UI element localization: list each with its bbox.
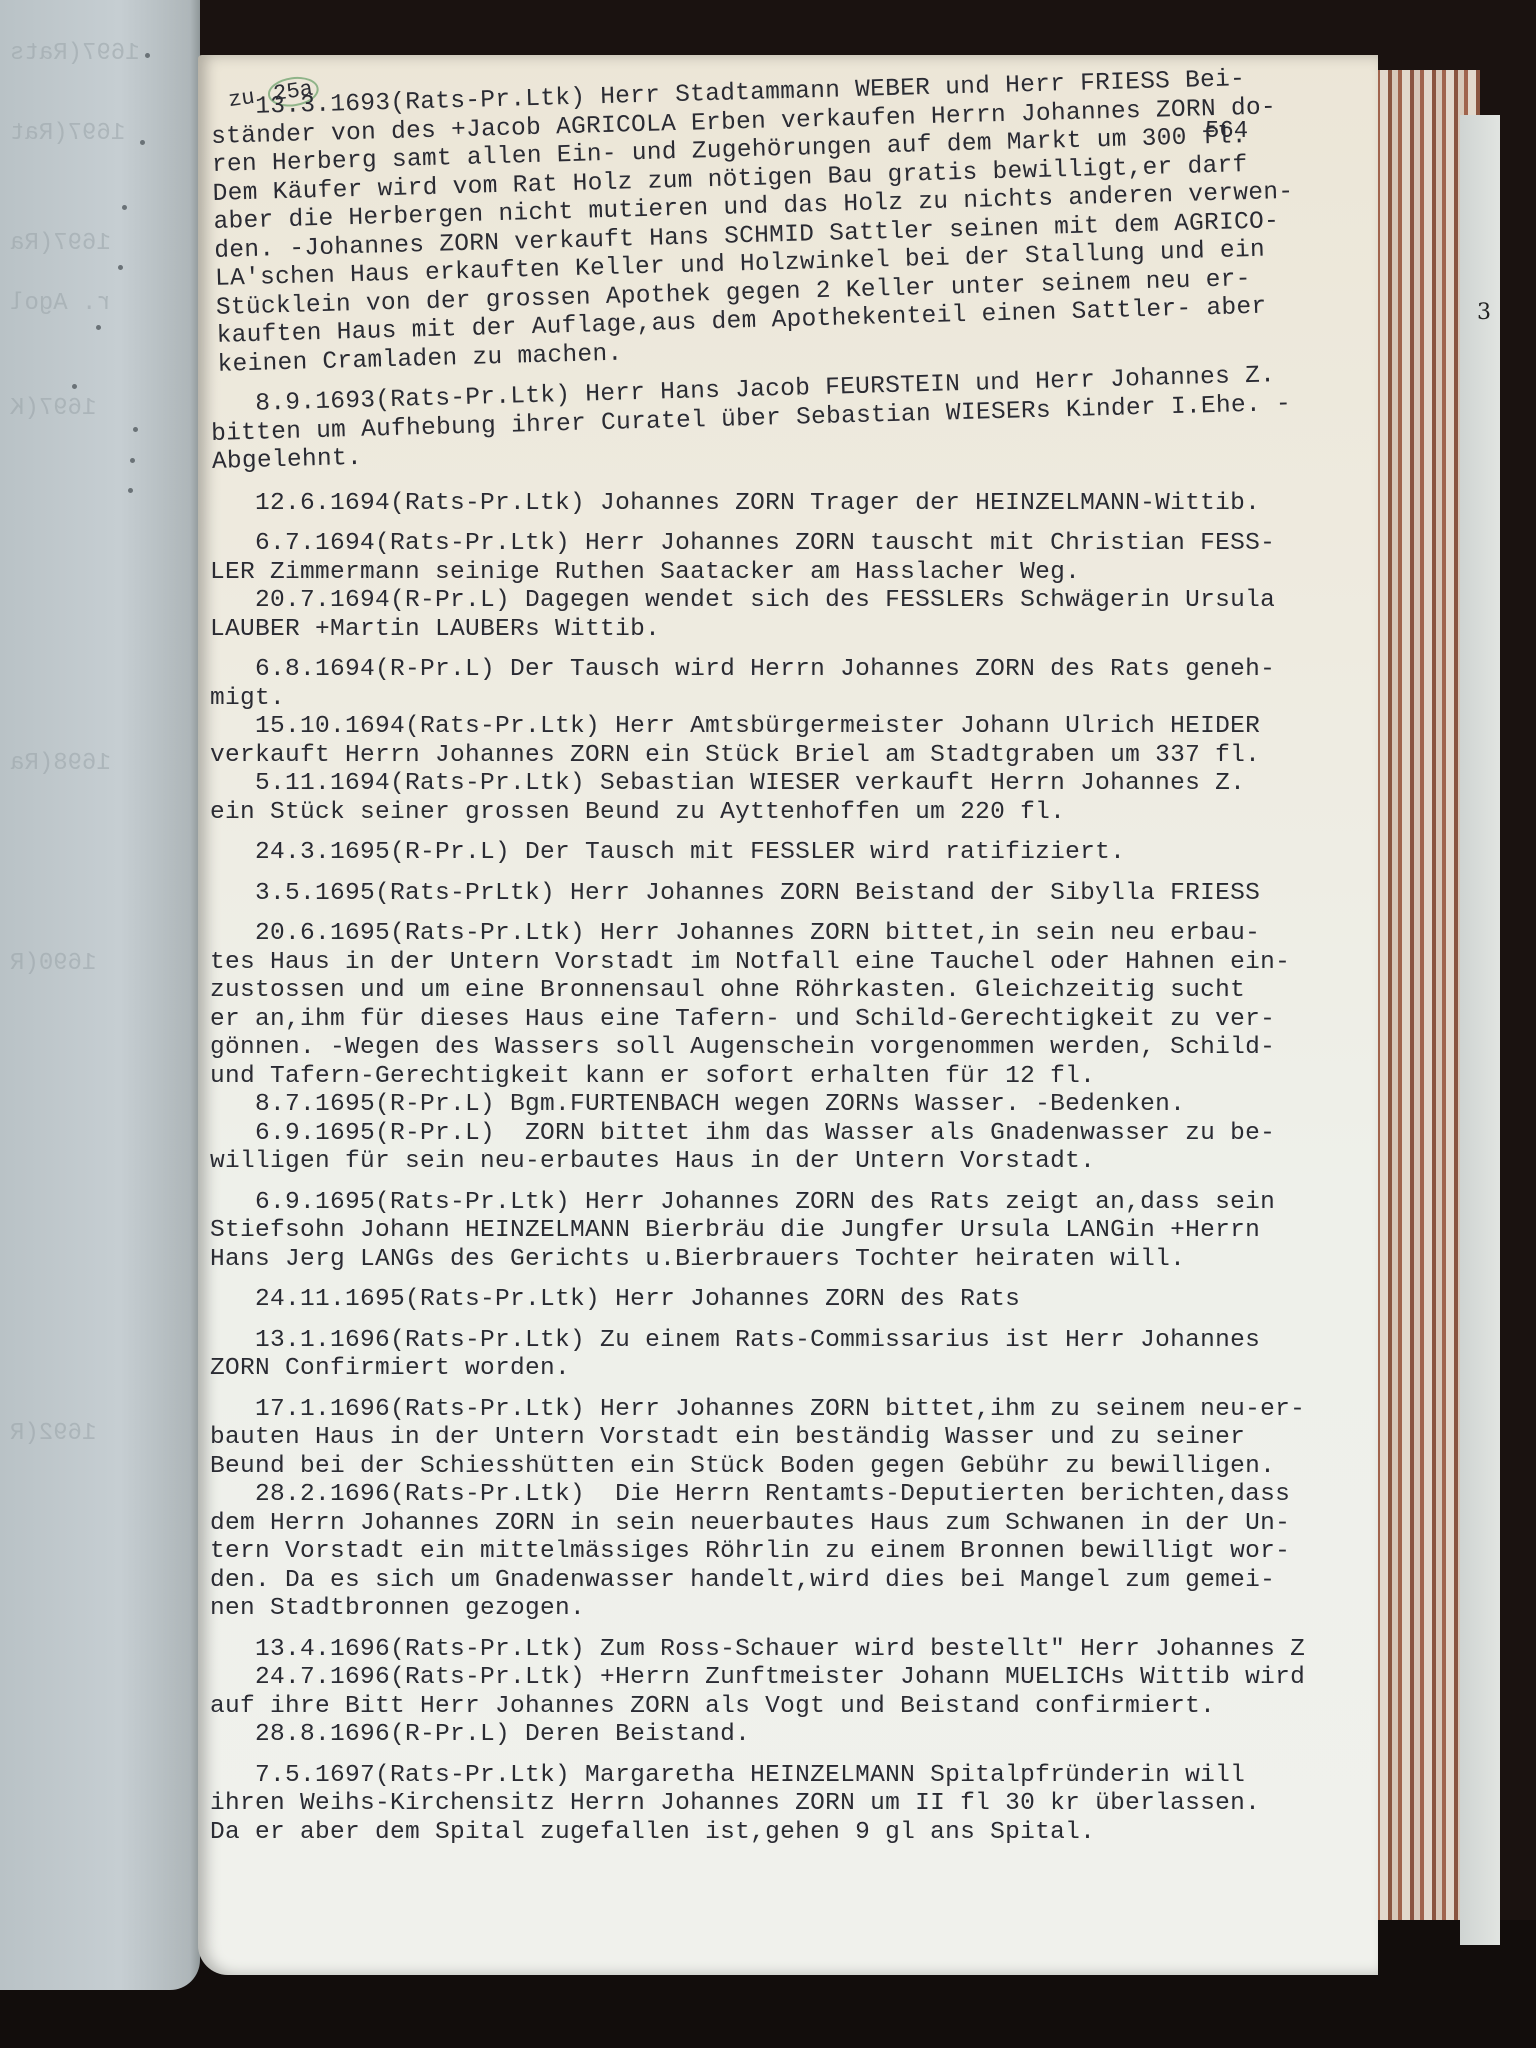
entry-line: migt. bbox=[210, 685, 1410, 714]
entry: 6.7.1694(Rats-Pr.Ltk) Herr Johannes ZORN… bbox=[210, 530, 1410, 644]
entry-line: verkauft Herrn Johannes ZORN ein Stück B… bbox=[210, 742, 1410, 771]
entry-line: er an,ihm für dieses Haus eine Tafern- u… bbox=[210, 1006, 1410, 1035]
bleed-through-text: 1690(R bbox=[10, 950, 96, 977]
entry-first-line: 6.8.1694(R-Pr.L) Der Tausch wird Herrn J… bbox=[210, 656, 1410, 685]
entry-line: ihren Weihs-Kirchensitz Herrn Johannes Z… bbox=[210, 1790, 1410, 1819]
entry-first-line: 13.4.1696(Rats-Pr.Ltk) Zum Ross-Schauer … bbox=[210, 1636, 1410, 1665]
bleed-through-text: 1698(Ra bbox=[10, 750, 111, 777]
entry-line: Beund bei der Schiesshütten ein Stück Bo… bbox=[210, 1453, 1410, 1482]
entry-line: den. Da es sich um Gnadenwasser handelt,… bbox=[210, 1567, 1410, 1596]
entry-line: ZORN Confirmiert worden. bbox=[210, 1355, 1410, 1384]
entry-line: Da er aber dem Spital zugefallen ist,geh… bbox=[210, 1819, 1410, 1848]
entry: 13.1.1696(Rats-Pr.Ltk) Zu einem Rats-Com… bbox=[210, 1327, 1410, 1384]
left-facing-page: 1697(Rats 1697(Rat 1697(Ra r. Agol 1697(… bbox=[0, 0, 200, 1990]
entry-line: 24.7.1696(Rats-Pr.Ltk) +Herrn Zunftmeist… bbox=[210, 1664, 1410, 1693]
entry: 12.6.1694(Rats-Pr.Ltk) Johannes ZORN Tra… bbox=[210, 490, 1410, 519]
bleed-through-text: 1697(Rat bbox=[10, 120, 125, 147]
entry-line: LAUBER +Martin LAUBERs Wittib. bbox=[210, 616, 1410, 645]
entry-line: bauten Haus in der Untern Vorstadt ein b… bbox=[210, 1424, 1410, 1453]
entry-line: 28.2.1696(Rats-Pr.Ltk) Die Herrn Rentamt… bbox=[210, 1481, 1410, 1510]
entry-line: und Tafern-Gerechtigkeit kann er sofort … bbox=[210, 1063, 1410, 1092]
entry-line: ein Stück seiner grossen Beund zu Aytten… bbox=[210, 799, 1410, 828]
bleed-through-text: 1697(Ra bbox=[10, 230, 111, 257]
entry-line: tern Vorstadt ein mittelmässiges Röhrlin… bbox=[210, 1538, 1410, 1567]
entry: 13.3.1693(Rats-Pr.Ltk) Herr Stadtammann … bbox=[210, 61, 1417, 379]
entry-line: 8.7.1695(R-Pr.L) Bgm.FURTENBACH wegen ZO… bbox=[210, 1091, 1410, 1120]
entry-first-line: 12.6.1694(Rats-Pr.Ltk) Johannes ZORN Tra… bbox=[210, 490, 1410, 519]
entry: 13.4.1696(Rats-Pr.Ltk) Zum Ross-Schauer … bbox=[210, 1636, 1410, 1750]
entry-line: tes Haus in der Untern Vorstadt im Notfa… bbox=[210, 949, 1410, 978]
entry: 7.5.1697(Rats-Pr.Ltk) Margaretha HEINZEL… bbox=[210, 1762, 1410, 1848]
entry-line: willigen für sein neu-erbautes Haus in d… bbox=[210, 1148, 1410, 1177]
entry-line: 6.9.1695(R-Pr.L) ZORN bittet ihm das Was… bbox=[210, 1120, 1410, 1149]
entry-line: 5.11.1694(Rats-Pr.Ltk) Sebastian WIESER … bbox=[210, 770, 1410, 799]
entry: 6.9.1695(Rats-Pr.Ltk) Herr Johannes ZORN… bbox=[210, 1189, 1410, 1275]
entry: 3.5.1695(Rats-PrLtk) Herr Johannes ZORN … bbox=[210, 880, 1410, 909]
bleed-through-text: r. Agol bbox=[10, 290, 111, 317]
entry-line: gönnen. -Wegen des Wassers soll Augensch… bbox=[210, 1034, 1410, 1063]
entry-line: LER Zimmermann seinige Ruthen Saatacker … bbox=[210, 559, 1410, 588]
entry-line: nen Stadtbronnen gezogen. bbox=[210, 1595, 1410, 1624]
inserted-sheet bbox=[1460, 115, 1500, 1945]
entry-line: auf ihre Bitt Herr Johannes ZORN als Vog… bbox=[210, 1693, 1410, 1722]
bleed-through-text: 1697(Rats bbox=[10, 40, 140, 67]
bleed-through-text: 1692(R bbox=[10, 1420, 96, 1447]
entry-first-line: 17.1.1696(Rats-Pr.Ltk) Herr Johannes ZOR… bbox=[210, 1396, 1410, 1425]
entry-line: dem Herrn Johannes ZORN in sein neuerbau… bbox=[210, 1510, 1410, 1539]
entry-line: Stiefsohn Johann HEINZELMANN Bierbräu di… bbox=[210, 1217, 1410, 1246]
entry-first-line: 3.5.1695(Rats-PrLtk) Herr Johannes ZORN … bbox=[210, 880, 1410, 909]
entry-first-line: 24.3.1695(R-Pr.L) Der Tausch mit FESSLER… bbox=[210, 839, 1410, 868]
entry-first-line: 20.6.1695(Rats-Pr.Ltk) Herr Johannes ZOR… bbox=[210, 920, 1410, 949]
entry: 24.3.1695(R-Pr.L) Der Tausch mit FESSLER… bbox=[210, 839, 1410, 868]
entry: 6.8.1694(R-Pr.L) Der Tausch wird Herrn J… bbox=[210, 656, 1410, 827]
entry-first-line: 24.11.1695(Rats-Pr.Ltk) Herr Johannes ZO… bbox=[210, 1286, 1410, 1315]
entry: 24.11.1695(Rats-Pr.Ltk) Herr Johannes ZO… bbox=[210, 1286, 1410, 1315]
entry: 20.6.1695(Rats-Pr.Ltk) Herr Johannes ZOR… bbox=[210, 920, 1410, 1177]
entry-line: Hans Jerg LANGs des Gerichts u.Bierbraue… bbox=[210, 1246, 1410, 1275]
entry-line: zustossen und um eine Bronnensaul ohne R… bbox=[210, 977, 1410, 1006]
entry-first-line: 7.5.1697(Rats-Pr.Ltk) Margaretha HEINZEL… bbox=[210, 1762, 1410, 1791]
entry-first-line: 6.7.1694(Rats-Pr.Ltk) Herr Johannes ZORN… bbox=[210, 530, 1410, 559]
entry-line: 28.8.1696(R-Pr.L) Deren Beistand. bbox=[210, 1721, 1410, 1750]
entry: 17.1.1696(Rats-Pr.Ltk) Herr Johannes ZOR… bbox=[210, 1396, 1410, 1624]
entry-line: 20.7.1694(R-Pr.L) Dagegen wendet sich de… bbox=[210, 587, 1410, 616]
entry: 8.9.1693(Rats-Pr.Ltk) Herr Hans Jacob FE… bbox=[210, 358, 1412, 477]
entry-first-line: 13.1.1696(Rats-Pr.Ltk) Zu einem Rats-Com… bbox=[210, 1327, 1410, 1356]
bleed-through-text: 1697(K bbox=[10, 395, 96, 422]
side-tab-number: 3 bbox=[1477, 300, 1491, 325]
document-body: 13.3.1693(Rats-Pr.Ltk) Herr Stadtammann … bbox=[210, 95, 1410, 1847]
entry-first-line: 6.9.1695(Rats-Pr.Ltk) Herr Johannes ZORN… bbox=[210, 1189, 1410, 1218]
entry-line: 15.10.1694(Rats-Pr.Ltk) Herr Amtsbürgerm… bbox=[210, 713, 1410, 742]
